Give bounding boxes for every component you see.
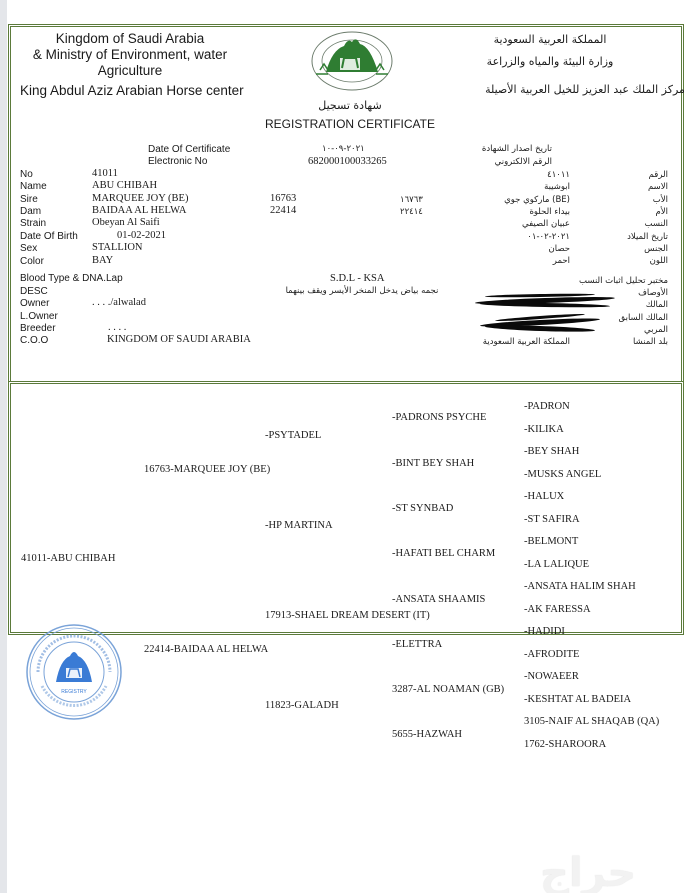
value-sire-number: 16763 [270, 193, 296, 204]
value-sex: STALLION [92, 242, 143, 253]
pedigree-gen3-3: -ST SYNBAD [392, 503, 453, 514]
pedigree-gen4-4: -MUSKS ANGEL [524, 469, 601, 480]
label-sire-ar: الأب [590, 195, 668, 205]
label-blood: Blood Type & DNA.Lap [20, 273, 123, 284]
pedigree-gen2-2: -HP MARTINA [265, 520, 333, 531]
pedigree-gen4-16: 1762-SHAROORA [524, 739, 606, 750]
pedigree-gen3-2: -BINT BEY SHAH [392, 458, 474, 469]
date-of-certificate-label: Date Of Certificate [148, 144, 230, 155]
label-breeder: Breeder [20, 323, 56, 334]
header-en-line-2: & Ministry of Environment, water [30, 47, 230, 62]
label-desc: DESC [20, 286, 48, 297]
pedigree-gen2-3: 17913-SHAEL DREAM DESERT (IT) [265, 610, 430, 621]
label-dam: Dam [20, 206, 41, 217]
pedigree-gen3-4: -HAFATI BEL CHARM [392, 548, 495, 559]
pedigree-gen4-15: 3105-NAIF AL SHAQAB (QA) [524, 716, 659, 727]
value-dob: 01-02-2021 [117, 230, 166, 241]
label-blood-ar: مختبر تحليل اثبات النسب [560, 276, 668, 286]
value-desc-ar: نجمه بياض يدخل المنخر الأيسر ويقف بينهما [282, 286, 442, 296]
value-coo-ar: المملكة العربية السعودية [450, 337, 570, 347]
svg-text:REGISTRY: REGISTRY [61, 689, 87, 695]
header-en-center: King Abdul Aziz Arabian Horse center [20, 83, 240, 98]
value-sire: MARQUEE JOY (BE) [92, 193, 188, 204]
pedigree-gen4-5: -HALUX [524, 491, 564, 502]
pedigree-gen3-5: -ANSATA SHAAMIS [392, 594, 485, 605]
label-owner: Owner [20, 298, 49, 309]
pedigree-gen2-4: 11823-GALADH [265, 700, 339, 711]
pedigree-gen3-6: -ELETTRA [392, 639, 442, 650]
value-name-ar: ابوشيبة [470, 182, 570, 192]
label-coo-ar: بلد المنشا [590, 337, 668, 347]
value-name: ABU CHIBAH [92, 180, 157, 191]
pedigree-frame [8, 381, 684, 635]
electronic-no-label: Electronic No [148, 156, 207, 167]
value-owner: . . . ./alwalad [92, 297, 146, 308]
label-no-ar: الرقم [590, 170, 668, 180]
ministry-logo-icon [304, 28, 400, 96]
pedigree-gen3-7: 3287-AL NOAMAN (GB) [392, 684, 504, 695]
label-breeder-ar: المربي [590, 325, 668, 335]
value-color: BAY [92, 255, 113, 266]
value-breeder: . . . . [108, 322, 126, 333]
title-ar: شهادة تسجيل [310, 99, 390, 112]
label-dam-ar: الأم [590, 207, 668, 217]
value-sire-ar: (BE) ماركوي جوي [450, 195, 570, 205]
pedigree-dam: 22414-BAIDAA AL HELWA [144, 644, 268, 655]
registry-stamp-icon: REGISTRY [24, 622, 124, 722]
label-strain-ar: النسب [590, 219, 668, 229]
header-ar-center: مركز الملك عبد العزيز للخيل العربية الأص… [485, 83, 685, 96]
value-sex-ar: حصان [470, 244, 570, 254]
value-no: 41011 [92, 168, 118, 179]
pedigree-gen4-9: -ANSATA HALIM SHAH [524, 581, 636, 592]
value-strain-ar: عبيان الصيفي [470, 219, 570, 229]
header-en-line-3: Agriculture [30, 63, 230, 78]
pedigree-gen4-13: -NOWAEER [524, 671, 579, 682]
header-ar-line-2: وزارة البيئة والمياه والزراعة [470, 55, 630, 68]
value-color-ar: احمر [470, 256, 570, 266]
label-color: Color [20, 256, 44, 267]
label-sex: Sex [20, 243, 37, 254]
value-no-ar: ٤١٠١١ [470, 170, 570, 180]
label-no: No [20, 169, 33, 180]
label-name-ar: الاسم [590, 182, 668, 192]
pedigree-gen4-12: -AFRODITE [524, 649, 579, 660]
pedigree-gen4-11: -HADIDI [524, 626, 565, 637]
pedigree-sire: 16763-MARQUEE JOY (BE) [144, 464, 270, 475]
electronic-no-label-ar: الرقم الالكتروني [460, 157, 552, 167]
page-gutter [0, 0, 7, 893]
label-sire: Sire [20, 194, 38, 205]
pedigree-gen4-10: -AK FARESSA [524, 604, 591, 615]
title-en: REGISTRATION CERTIFICATE [260, 117, 440, 131]
pedigree-gen3-1: -PADRONS PSYCHE [392, 412, 486, 423]
value-strain: Obeyan Al Saifi [92, 217, 160, 228]
pedigree-gen4-3: -BEY SHAH [524, 446, 579, 457]
value-dam-number-ar: ٢٢٤١٤ [400, 207, 423, 217]
pedigree-horse: 41011-ABU CHIBAH [21, 553, 115, 564]
label-coo: C.O.O [20, 335, 48, 346]
label-name: Name [20, 181, 47, 192]
label-sex-ar: الجنس [590, 244, 668, 254]
pedigree-gen4-7: -BELMONT [524, 536, 578, 547]
pedigree-gen4-2: -KILIKA [524, 424, 564, 435]
pedigree-gen3-8: 5655-HAZWAH [392, 729, 462, 740]
watermark-logo: حراج [540, 850, 636, 893]
label-color-ar: اللون [590, 256, 668, 266]
value-dob-ar: ٢٠٢١-٠٢-٠١ [470, 232, 570, 242]
value-dam-ar: بيداء الحلوة [470, 207, 570, 217]
label-lowner-ar: المالك السابق [590, 313, 668, 323]
pedigree-gen4-8: -LA LALIQUE [524, 559, 589, 570]
value-dam: BAIDAA AL HELWA [92, 205, 187, 216]
header-en-line-1: Kingdom of Saudi Arabia [30, 31, 230, 46]
pedigree-gen2-1: -PSYTADEL [265, 430, 321, 441]
value-coo: KINGDOM OF SAUDI ARABIA [107, 334, 251, 345]
date-of-certificate-value: ٢٠٢١-٠٩-١٠ [322, 144, 365, 154]
label-strain: Strain [20, 218, 46, 229]
value-dam-number: 22414 [270, 205, 296, 216]
pedigree-gen4-14: -KESHTAT AL BADEIA [524, 694, 631, 705]
label-dob-ar: تاريخ الميلاد [590, 232, 668, 242]
pedigree-gen4-6: -ST SAFIRA [524, 514, 580, 525]
label-lowner: L.Owner [20, 311, 58, 322]
header-ar-line-1: المملكة العربية السعودية [470, 33, 630, 46]
electronic-no-value: 682000100033265 [308, 156, 387, 167]
date-of-certificate-label-ar: تاريخ اصدار الشهادة [460, 144, 552, 154]
pedigree-gen4-1: -PADRON [524, 401, 570, 412]
value-blood: S.D.L - KSA [330, 273, 384, 284]
label-dob: Date Of Birth [20, 231, 78, 242]
value-sire-number-ar: ١٦٧٦٣ [400, 195, 423, 205]
